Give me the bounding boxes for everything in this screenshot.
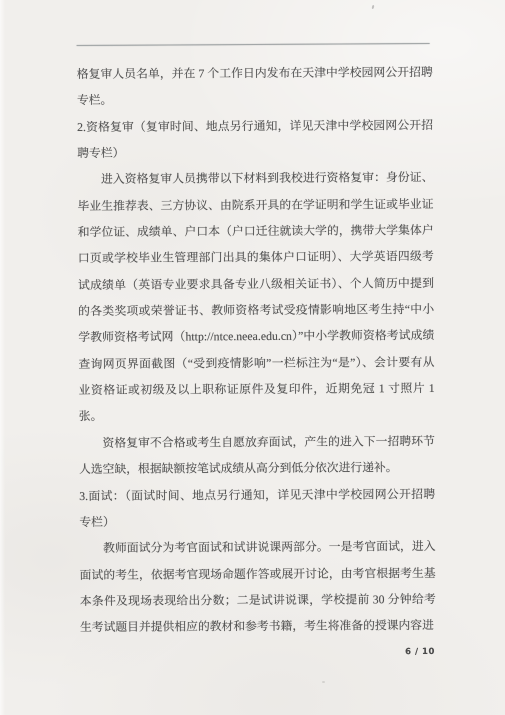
page-number: 6 / 10 [405,647,435,657]
paragraph-interview-detail: 教师面试分为考官面试和试讲说课两部分。一是考官面试，进入面试的考生，依据考官现场… [79,533,436,640]
header-rule [77,43,430,46]
scanned-document-page: 格复审人员名单，并在 7 个工作日内发布在天津中学校园网公开招聘专栏。 2.资格… [0,0,505,715]
paragraph-vacancy-replacement: 资格复审不合格或考生自愿放弃面试，产生的进入下一招聘环节人选空缺，根据缺额按笔试… [79,428,435,483]
paragraph-item-3-interview: 3.面试：（面试时间、地点另行通知，详见天津中学校园网公开招聘专栏） [79,480,435,535]
document-body: 格复审人员名单，并在 7 个工作日内发布在天津中学校园网公开招聘专栏。 2.资格… [77,59,436,641]
page-content: 格复审人员名单，并在 7 个工作日内发布在天津中学校园网公开招聘专栏。 2.资格… [76,0,436,715]
paragraph-required-materials: 进入资格复审人员携带以下材料到我校进行资格复审：身份证、毕业生推荐表、三方协议、… [77,164,435,429]
paragraph-item-2-qualification-review: 2.资格复审（复审时间、地点另行通知，详见天津中学校园网公开招聘专栏） [77,112,433,167]
paragraph-continuation: 格复审人员名单，并在 7 个工作日内发布在天津中学校园网公开招聘专栏。 [77,59,433,114]
